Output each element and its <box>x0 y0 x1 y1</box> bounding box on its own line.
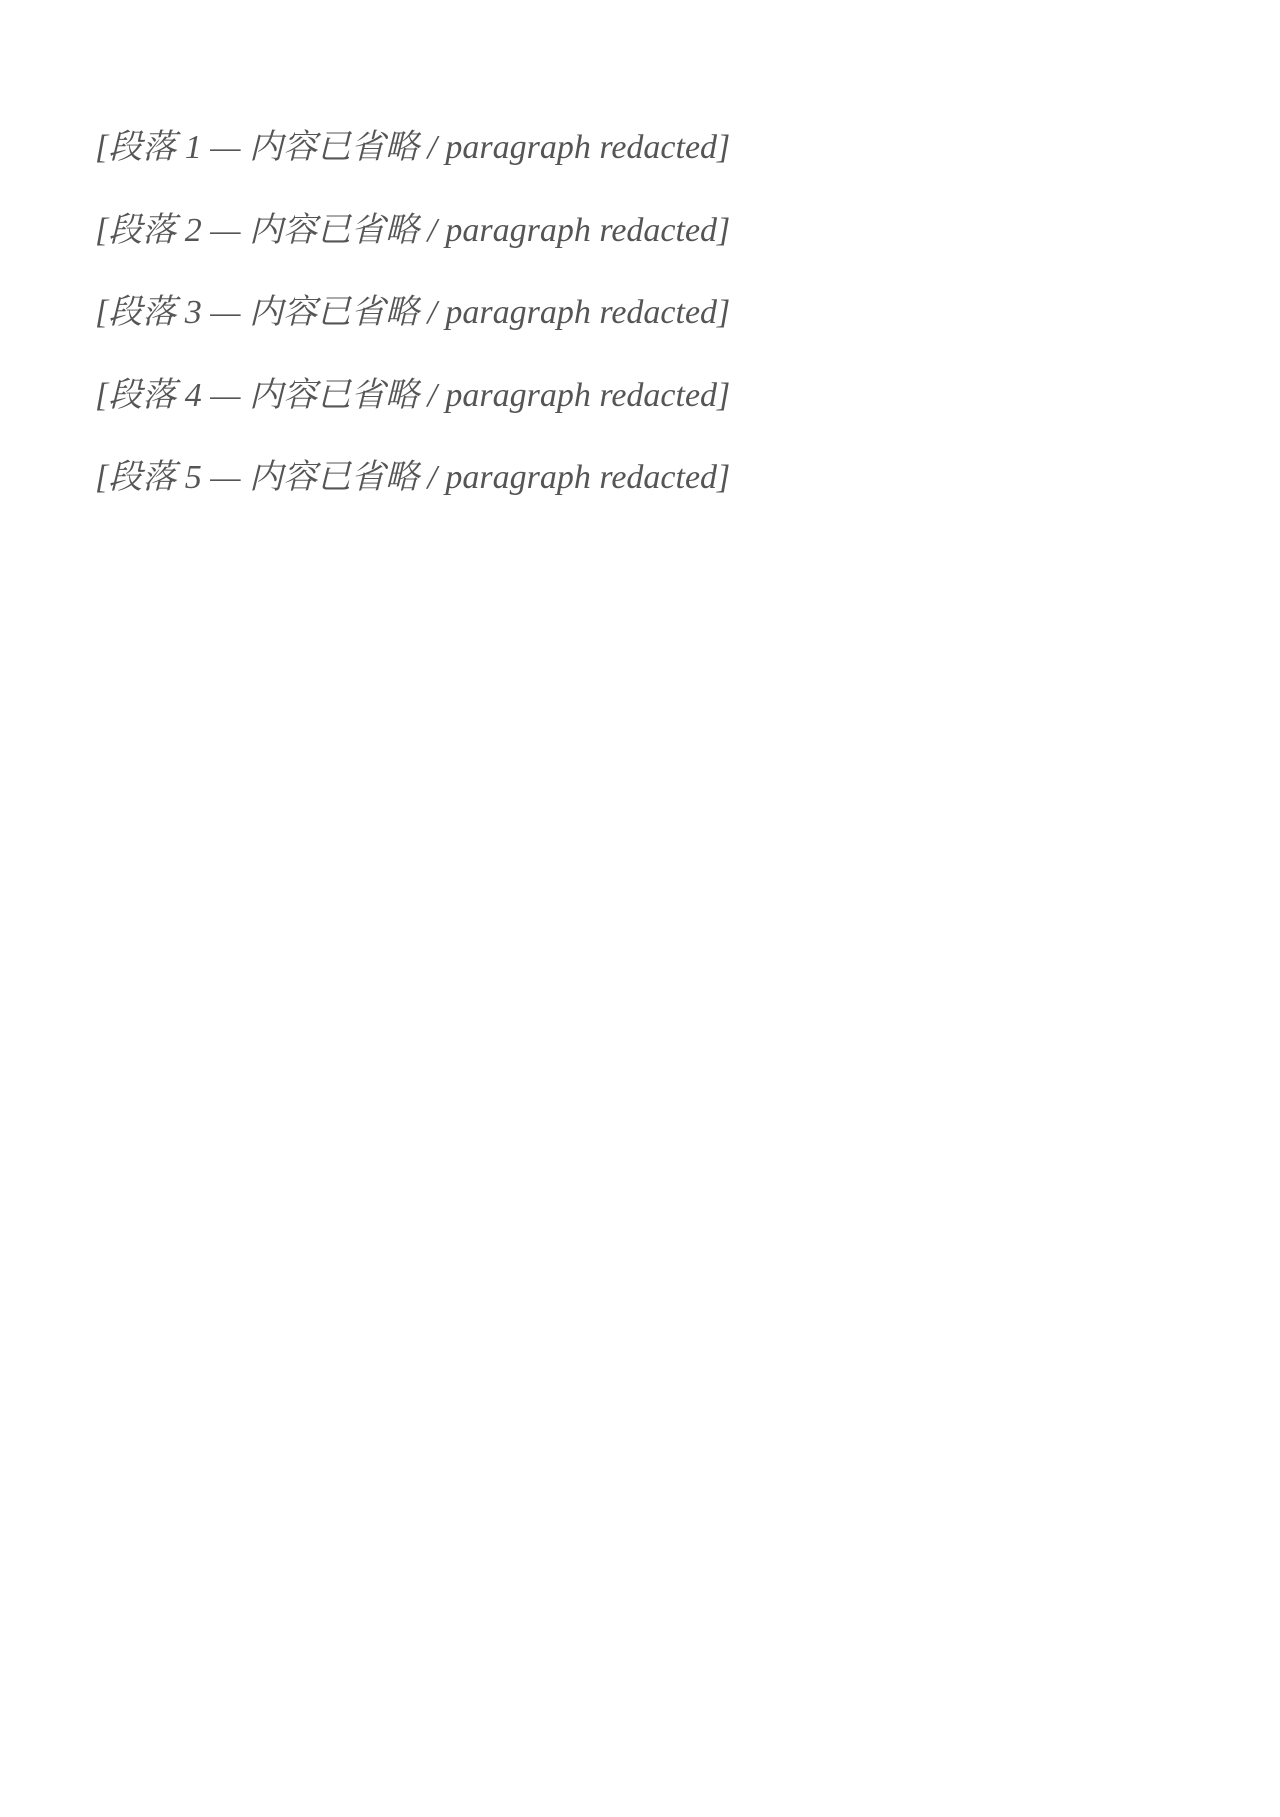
paragraph: [段落 5 — 内容已省略 / paragraph redacted] <box>95 440 1185 517</box>
paragraph: [段落 2 — 内容已省略 / paragraph redacted] <box>95 193 1185 270</box>
paragraph: [段落 1 — 内容已省略 / paragraph redacted] <box>95 110 1185 187</box>
document-page: [段落 1 — 内容已省略 / paragraph redacted] [段落 … <box>0 0 1280 1817</box>
paragraph: [段落 4 — 内容已省略 / paragraph redacted] <box>95 358 1185 435</box>
paragraph: [段落 3 — 内容已省略 / paragraph redacted] <box>95 275 1185 352</box>
